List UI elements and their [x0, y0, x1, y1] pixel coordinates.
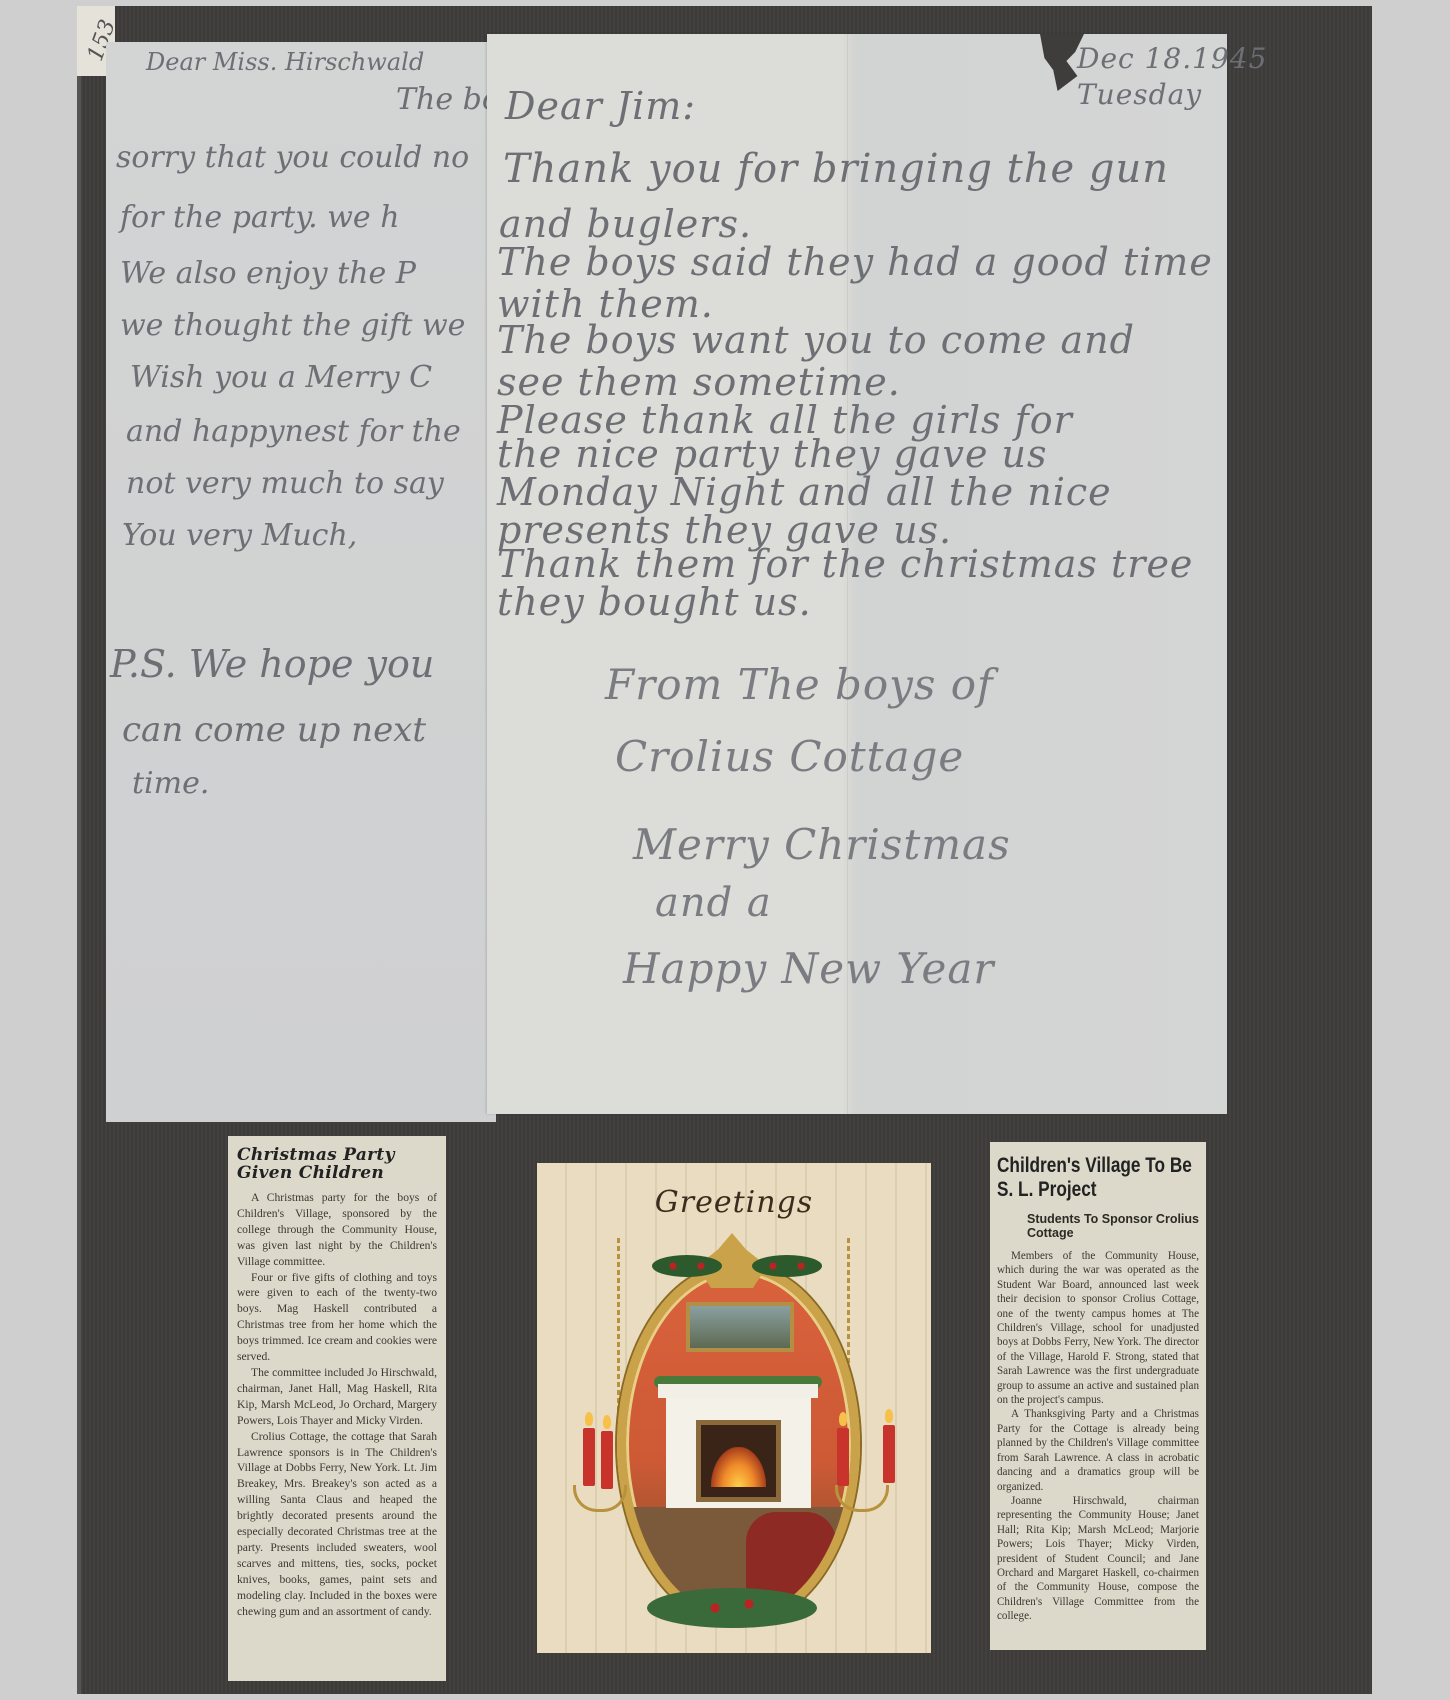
- letter-line: We also enjoy the P: [120, 256, 416, 291]
- letter-line: The bo: [396, 82, 500, 117]
- candle-icon: [837, 1428, 849, 1486]
- letter-closing: From The boys of: [605, 660, 994, 709]
- letter-date: Dec 18.1945: [1077, 42, 1267, 75]
- page-binding-edge: [77, 6, 81, 1694]
- letter-line: can come up next: [122, 710, 426, 750]
- letter-closing: Merry Christmas: [633, 820, 1011, 869]
- clipping-paragraph: Crolius Cottage, the cottage that Sarah …: [237, 1429, 437, 1620]
- letter-line: The boys said they had a good time: [497, 240, 1213, 284]
- clipping-paragraph: A Christmas party for the boys of Childr…: [237, 1190, 437, 1270]
- newspaper-clipping-sl-project: Children's Village To Be S. L. Project S…: [990, 1142, 1206, 1650]
- letter-closing: Happy New Year: [623, 944, 994, 993]
- christmas-greeting-card: Greetings: [537, 1163, 931, 1653]
- clipping-paragraph: The committee included Jo Hirschwald, ch…: [237, 1365, 437, 1429]
- holly-icon: [752, 1255, 822, 1277]
- letter-line: Thank you for bringing the gun: [503, 146, 1169, 192]
- letter-closing: and a: [655, 880, 772, 926]
- clipping-headline: Christmas Party Given Children: [237, 1146, 437, 1182]
- letter-line: time.: [132, 766, 209, 801]
- clipping-paragraph: Members of the Community House, which du…: [997, 1249, 1199, 1407]
- letter-line: P.S. We hope you: [110, 642, 434, 686]
- holly-icon: [647, 1588, 817, 1628]
- candle-icon: [883, 1425, 895, 1483]
- letter-line: sorry that you could no: [116, 140, 469, 175]
- clipping-subheadline: Students To Sponsor Crolius Cottage: [1027, 1212, 1199, 1240]
- fireplace-illustration: [666, 1398, 811, 1508]
- letter-day: Tuesday: [1077, 78, 1202, 111]
- clipping-paragraph: Four or five gifts of clothing and toys …: [237, 1270, 437, 1365]
- letter-line: Wish you a Merry C: [130, 360, 432, 395]
- clipping-paragraph: Joanne Hirschwald, chairman representing…: [997, 1494, 1199, 1624]
- letter-line: we thought the gift we: [120, 308, 465, 343]
- letter-closing: Crolius Cottage: [615, 732, 964, 781]
- oval-mirror-illustration: [617, 1263, 860, 1626]
- candle-icon: [583, 1428, 595, 1486]
- letter-salutation: Dear Jim:: [505, 84, 696, 128]
- painting-illustration: [686, 1302, 794, 1352]
- letter-line: they bought us.: [497, 580, 812, 624]
- firebox-illustration: [696, 1420, 781, 1502]
- mantel-illustration: [658, 1384, 818, 1398]
- letter-line: Dear Miss. Hirschwald: [146, 48, 424, 76]
- card-title: Greetings: [537, 1185, 931, 1220]
- clipping-paragraph: A Thanksgiving Party and a Christmas Par…: [997, 1407, 1199, 1493]
- newspaper-clipping-christmas-party: Christmas Party Given Children A Christm…: [228, 1136, 446, 1681]
- letter-line: You very Much,: [122, 518, 357, 553]
- letter-to-jim: Dec 18.1945 Tuesday Dear Jim: Thank you …: [487, 34, 1227, 1114]
- letter-line: The boys want you to come and: [497, 318, 1135, 362]
- letter-line: for the party. we h: [120, 200, 400, 235]
- fire-icon: [711, 1447, 766, 1487]
- candle-icon: [601, 1431, 613, 1489]
- letter-line: and happynest for the: [126, 414, 461, 449]
- letter-line: not very much to say: [126, 466, 444, 501]
- letter-to-miss-hirschwald: Dear Miss. Hirschwald The bo sorry that …: [106, 42, 496, 1122]
- holly-icon: [652, 1255, 722, 1277]
- clipping-headline: Children's Village To Be S. L. Project: [997, 1154, 1204, 1202]
- sconce-icon: [573, 1485, 627, 1512]
